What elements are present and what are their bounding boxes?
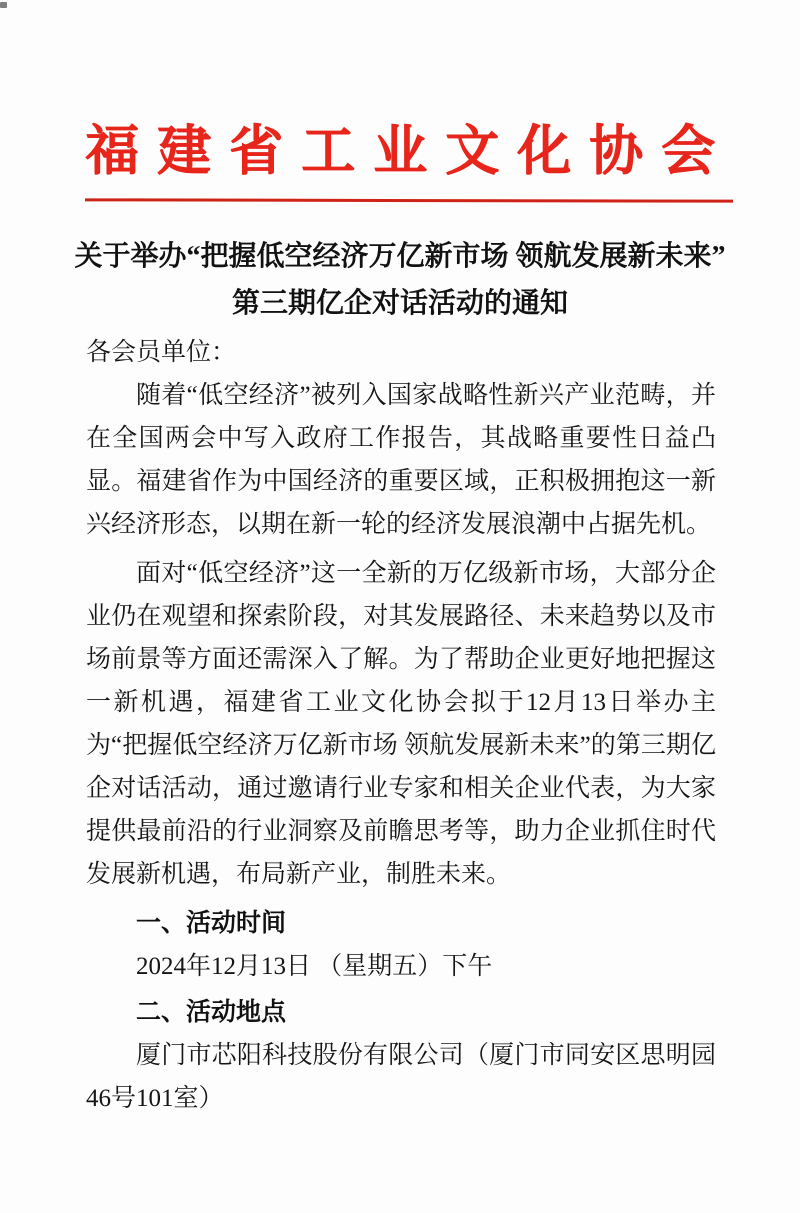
section-2-content: 厦门市芯阳科技股份有限公司（厦门市同安区思明园46号101室） — [86, 1034, 716, 1120]
paragraph-2: 面对“低空经济”这一全新的万亿级新市场，大部分企业仍在观望和探索阶段，对其发展路… — [86, 552, 716, 896]
letterhead-org-name: 福建省工业文化协会 — [0, 118, 800, 184]
document-title: 关于举办“把握低空经济万亿新市场 领航发展新未来” 第三期亿企对话活动的通知 — [0, 233, 800, 327]
paragraph-1: 随着“低空经济”被列入国家战略性新兴产业范畴，并在全国两会中写入政府工作报告，其… — [86, 374, 716, 546]
document-title-line-2: 第三期亿企对话活动的通知 — [0, 280, 800, 327]
document-page: 福建省工业文化协会 关于举办“把握低空经济万亿新市场 领航发展新未来” 第三期亿… — [0, 0, 800, 1213]
document-body: 各会员单位： 随着“低空经济”被列入国家战略性新兴产业范畴，并在全国两会中写入政… — [86, 331, 716, 1123]
letterhead-rule — [85, 198, 733, 202]
document-title-line-1: 关于举办“把握低空经济万亿新市场 领航发展新未来” — [0, 233, 800, 280]
section-1-heading: 一、活动时间 — [86, 902, 716, 945]
section-2-heading: 二、活动地点 — [86, 991, 716, 1034]
salutation: 各会员单位： — [86, 331, 716, 374]
scan-artifact — [0, 2, 7, 8]
section-1-content: 2024年12月13日 （星期五）下午 — [86, 945, 716, 988]
